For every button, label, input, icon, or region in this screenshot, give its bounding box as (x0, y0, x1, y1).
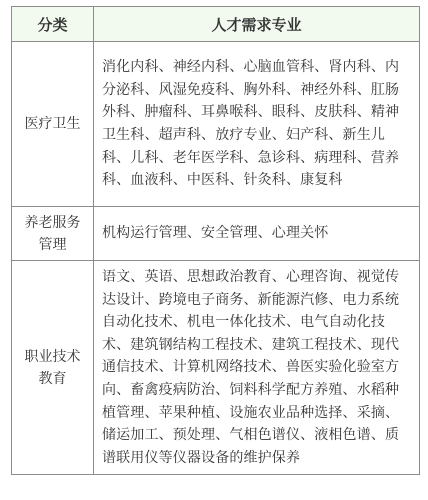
category-cell: 医疗卫生 (12, 42, 94, 207)
category-cell: 职业技术教育 (12, 261, 94, 475)
specialties-cell: 语文、英语、思想政治教育、心理咨询、视觉传达设计、跨境电子商务、新能源汽修、电力… (94, 261, 420, 475)
talent-demand-table: 分类 人才需求专业 医疗卫生 消化内科、神经内科、心脑血管科、肾内科、内分泌科、… (11, 6, 420, 475)
table-row: 养老服务管理 机构运行管理、安全管理、心理关怀 (12, 207, 420, 261)
category-cell: 养老服务管理 (12, 207, 94, 261)
category-label: 养老服务管理 (23, 212, 83, 256)
header-category: 分类 (12, 7, 94, 42)
header-specialties: 人才需求专业 (94, 7, 420, 42)
category-label: 职业技术教育 (23, 346, 83, 390)
table-row: 医疗卫生 消化内科、神经内科、心脑血管科、肾内科、内分泌科、风湿免疫科、胸外科、… (12, 42, 420, 207)
specialties-cell: 机构运行管理、安全管理、心理关怀 (94, 207, 420, 261)
table-row: 职业技术教育 语文、英语、思想政治教育、心理咨询、视觉传达设计、跨境电子商务、新… (12, 261, 420, 475)
header-row: 分类 人才需求专业 (12, 7, 420, 42)
specialties-cell: 消化内科、神经内科、心脑血管科、肾内科、内分泌科、风湿免疫科、胸外科、神经外科、… (94, 42, 420, 207)
